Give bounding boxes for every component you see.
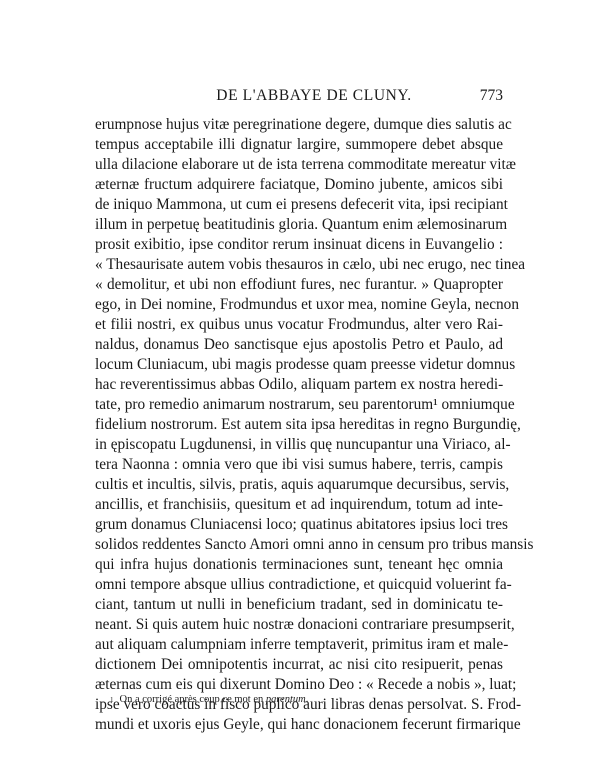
text-line: ciant, tantum ut nulli in beneficium tra…	[95, 595, 503, 615]
text-line: mundi et uxoris ejus Geyle, qui hanc don…	[95, 715, 503, 735]
text-line: æternas cum eis qui dixerunt Domino Deo …	[95, 675, 503, 695]
running-title: DE L'ABBAYE DE CLUNY.	[95, 87, 503, 105]
text-line: ego, in Dei nomine, Frodmundus et uxor m…	[95, 295, 503, 315]
footnote-text: On a corrigé après coup ce mot en	[120, 694, 266, 705]
text-line: neant. Si quis autem huic nostræ donacio…	[95, 615, 503, 635]
text-line: « Thesaurisate autem vobis thesauros in …	[95, 255, 503, 275]
text-line: tempus acceptabile illi dignatur largire…	[95, 135, 503, 155]
text-line: naldus, donamus Deo sanctisque ejus apos…	[95, 335, 503, 355]
text-line: hac reverentissimus abbas Odilo, aliquam…	[95, 375, 503, 395]
text-line: omni tempore absque ullius contradiction…	[95, 575, 503, 595]
page-header: DE L'ABBAYE DE CLUNY. 773	[95, 87, 503, 107]
text-line: locum Cluniacum, ubi magis prodesse quam…	[95, 355, 503, 375]
text-line: aut aliquam calumpniam inferre temptaver…	[95, 635, 503, 655]
text-line: et filii nostri, ex quibus unus vocatur …	[95, 315, 503, 335]
page-number: 773	[480, 87, 503, 105]
text-line: fidelium nostrorum. Est autem sita ipsa …	[95, 415, 503, 435]
text-line: de iniquo Mammona, ut cum ei presens def…	[95, 195, 503, 215]
text-line: illum in perpetuę beatitudinis gloria. Q…	[95, 215, 503, 235]
footnote: 1On a corrigé après coup ce mot en paren…	[110, 693, 308, 707]
text-line: ulla dilacione elaborare ut de ista terr…	[95, 155, 503, 175]
text-line: grum donamus Cluniacensi loco; quatinus …	[95, 515, 503, 535]
text-line: erumpnose hujus vitæ peregrinatione dege…	[95, 115, 503, 135]
text-line: prosit exibitio, ipse conditor rerum ins…	[95, 235, 503, 255]
text-line: in ępiscopatu Lugdunensi, in villis quę …	[95, 435, 503, 455]
book-page: DE L'ABBAYE DE CLUNY. 773 erumpnose huju…	[0, 0, 600, 780]
text-line: cultis et incultis, silvis, pratis, aqui…	[95, 475, 503, 495]
text-line: dictionem Dei omnipotentis incurrat, ac …	[95, 655, 503, 675]
text-line: tera Naonna : omnia vero que ibi visi su…	[95, 455, 503, 475]
text-line: ancillis, et franchisiis, quesitum et ad…	[95, 495, 503, 515]
footnote-marker: 1	[110, 696, 114, 704]
text-line: tate, pro remedio animarum nostrarum, se…	[95, 395, 503, 415]
body-text: erumpnose hujus vitæ peregrinatione dege…	[95, 115, 503, 735]
footnote-emphasis: parentum	[266, 694, 306, 705]
text-line: æternæ fructum adquirere faciatque, Domi…	[95, 175, 503, 195]
text-line: solidos reddentes Sancto Amori omni anno…	[95, 535, 503, 555]
text-line: « demolitur, et ubi non effodiunt fures,…	[95, 275, 503, 295]
footnote-end: .	[306, 694, 309, 705]
text-line: qui infra hujus donationis terminaciones…	[95, 555, 503, 575]
